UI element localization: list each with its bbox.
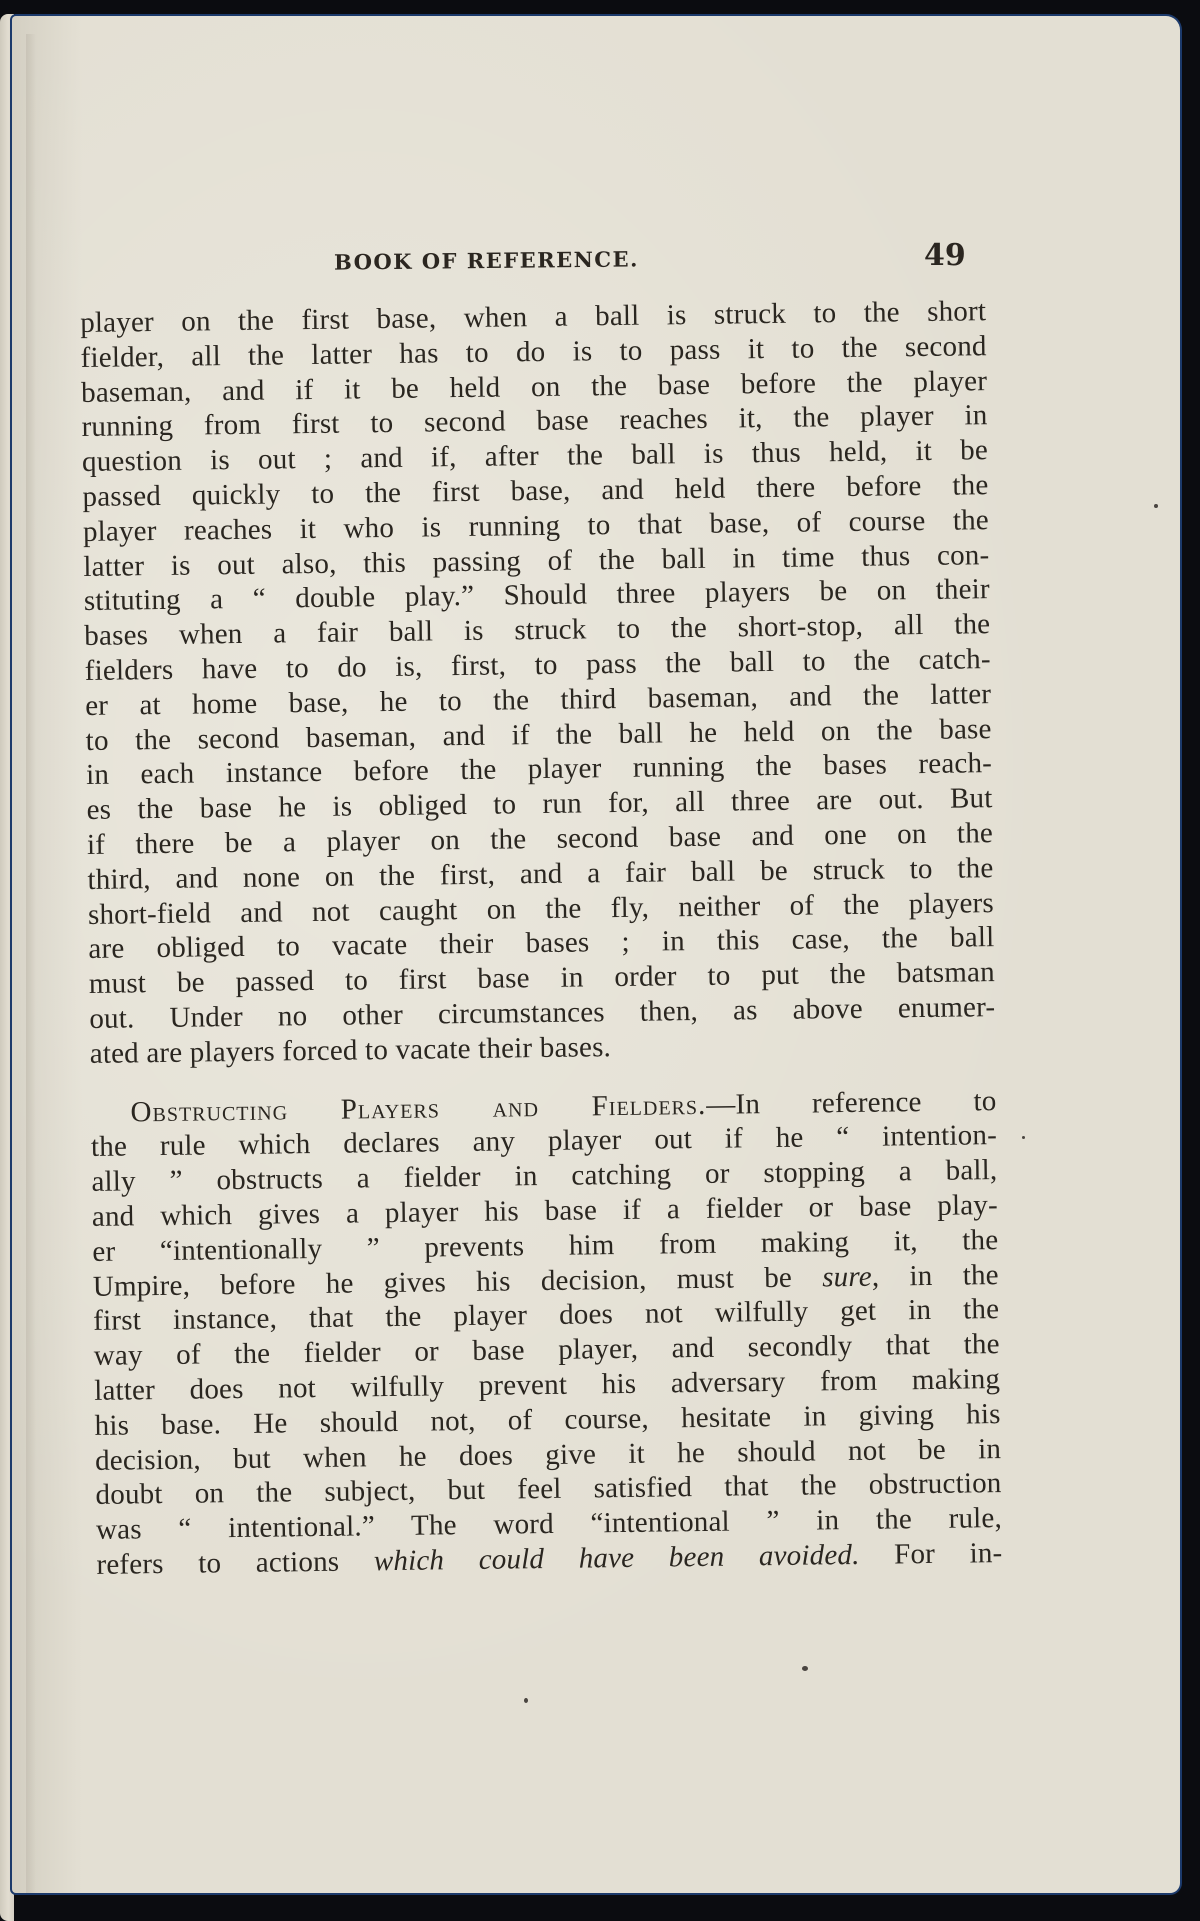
text-segment: For in- [894, 1537, 1003, 1570]
text-segment: , in the [872, 1259, 999, 1293]
gutter-shadow [26, 34, 36, 1893]
italic-emphasis: which could have been avoided. [374, 1539, 860, 1577]
section-heading: Obstructing Players and Fielders. [130, 1088, 706, 1128]
paper-speck [1022, 1136, 1025, 1139]
text-segment: refers to actions [96, 1546, 339, 1581]
scanned-book-page: BOOK OF REFERENCE. 49 player on the firs… [0, 0, 1200, 1921]
italic-emphasis: sure [822, 1260, 872, 1293]
body-text: player on the first base, when a ball is… [80, 294, 1003, 1582]
running-head: BOOK OF REFERENCE. [334, 246, 639, 274]
page-number: 49 [924, 238, 966, 273]
heading-continuation: —In reference to [706, 1085, 997, 1121]
paper-speck [802, 1666, 808, 1671]
paper-speck [1154, 504, 1158, 508]
paper-speck [524, 1698, 528, 1703]
paragraph-1: player on the first base, when a ball is… [80, 294, 996, 1071]
book-page: BOOK OF REFERENCE. 49 player on the firs… [12, 16, 1180, 1893]
paragraph-2: Obstructing Players and Fielders.—In ref… [90, 1084, 1002, 1583]
